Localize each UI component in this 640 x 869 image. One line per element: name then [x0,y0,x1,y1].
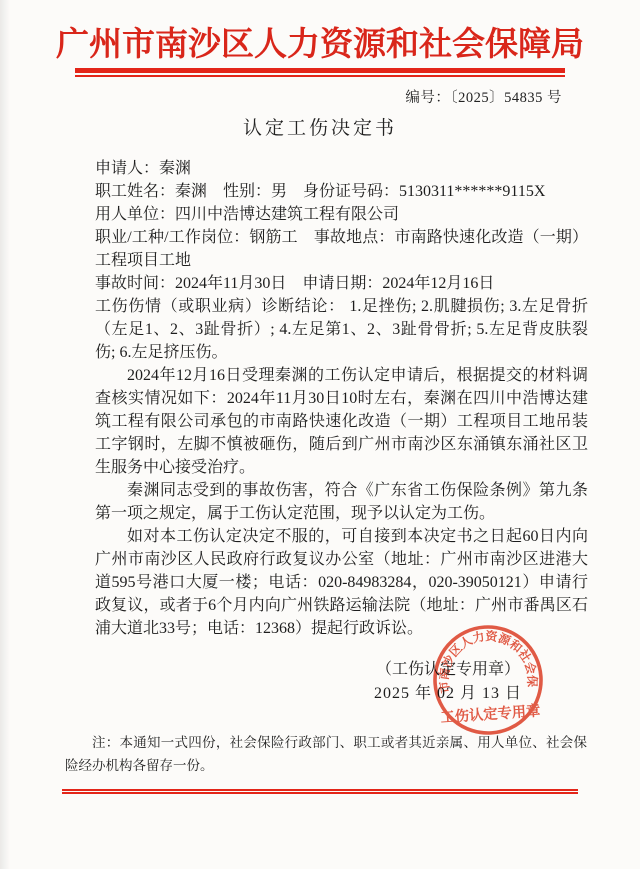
document-title: 认定工伤决定书 [0,113,640,140]
doc-number: 编号：〔2025〕54835 号 [405,86,562,107]
footnote: 注：本通知一式四份，社会保险行政部门、职工或者其近亲属、用人单位、社会保险经办机… [65,731,587,777]
header-divider [75,68,565,77]
agency-name: 广州市南沙区人力资源和社会保障局 [0,18,640,65]
info-line-employee: 职工姓名：秦渊 性别：男 身份证号码：5130311******9115X [95,180,588,203]
body-paragraph-decision: 秦渊同志受到的事故伤害，符合《广东省工伤保险条例》第九条第一项之规定，属于工伤认… [95,479,588,525]
header-divider-thick-line [75,68,565,73]
info-line-accident-date: 事故时间：2024年11月30日 申请日期：2024年12月16日 [95,272,588,295]
document-page: 广州市南沙区人力资源和社会保障局 编号：〔2025〕54835 号 认定工伤决定… [0,0,640,869]
official-seal-stamp: 广州市南沙区人力资源和社会保障局 工伤认定专用章 [424,616,552,744]
info-line-diagnosis: 工伤伤情（或职业病）诊断结论： 1.足挫伤; 2.肌腱损伤; 3.左足骨折（左足… [95,295,588,364]
footer-divider-bottom-line [62,792,578,794]
body-paragraph-investigation: 2024年12月16日受理秦渊的工伤认定申请后，根据提交的材料调查核实情况如下：… [95,364,588,479]
info-line-applicant: 申请人：秦渊 [95,157,588,180]
seal-inner-text: 工伤认定专用章 [440,701,542,726]
info-line-employer: 用人单位：四川中浩博达建筑工程有限公司 [95,203,588,226]
footer-divider [62,789,578,794]
header-divider-thin-line [75,75,565,77]
info-line-occupation: 职业/工种/工作岗位：钢筋工 事故地点：市南路快速化改造（一期）工程项目工地 [95,226,588,272]
